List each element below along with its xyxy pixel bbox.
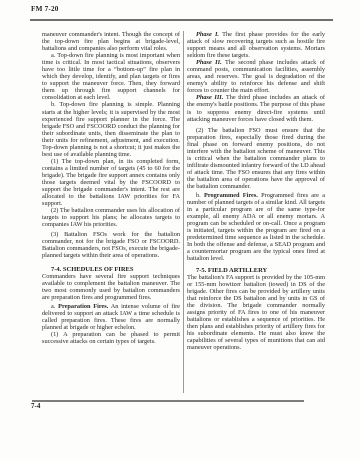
header-rule bbox=[30, 19, 333, 21]
document-page: FM 7-20 maneuver commander's intent. Tho… bbox=[0, 0, 360, 461]
run-in-heading-phase-3: Phase III. bbox=[196, 94, 223, 101]
paragraph-programmed-fires: b. Programmed Fires. Programmed fires ar… bbox=[187, 192, 325, 262]
paragraph-top-down-2: (2) The battalion commander uses his all… bbox=[42, 207, 180, 228]
footer-rule bbox=[32, 400, 304, 402]
section-heading-7-5: 7-5. FIELD ARTILLERY bbox=[187, 267, 325, 274]
paragraph-top-down-1: (1) The top-down plan, in its completed … bbox=[42, 158, 180, 207]
paragraph-preparation-fires: a. Preparation Fires. An intense volume … bbox=[42, 303, 180, 331]
paragraph-field-artillery: The battalion's FA support is provided b… bbox=[187, 274, 325, 352]
paragraph-phase-2: Phase II. The second phase includes atta… bbox=[187, 59, 325, 94]
right-column: Phase I. The first phase provides for th… bbox=[187, 31, 325, 351]
run-in-heading-programmed-fires: Programmed Fires. bbox=[204, 192, 258, 199]
paragraph-schedules-intro: Commanders have several fire support tec… bbox=[42, 273, 180, 301]
paragraph-preparation-2: (2) The battalion FSO must ensure that t… bbox=[187, 127, 325, 190]
paragraph-lead: b. bbox=[196, 192, 204, 199]
page-number: 7-4 bbox=[31, 402, 40, 410]
paragraph-top-down-b: b. Top-down fire planning is simple. Pla… bbox=[42, 101, 180, 157]
paragraph-top-down-3: (3) Battalion FSOs work for the battalio… bbox=[42, 231, 180, 259]
paragraph-phase-3: Phase III. The third phase includes an a… bbox=[187, 94, 325, 122]
column-divider bbox=[183, 31, 184, 393]
run-in-heading-phase-2: Phase II. bbox=[196, 59, 222, 66]
run-in-heading-phase-1: Phase I. bbox=[196, 31, 219, 38]
paragraph-continuation: maneuver commander's intent. Though the … bbox=[42, 31, 180, 52]
paragraph-top-down-a: a. Top-down fire planning is most import… bbox=[42, 52, 180, 101]
paragraph-preparation-1: (1) A preparation can be phased to permi… bbox=[42, 331, 180, 345]
section-heading-7-4: 7-4. SCHEDULES OF FIRES bbox=[42, 266, 180, 273]
paragraph-text: Programmed fires are a number of planned… bbox=[187, 192, 325, 262]
run-in-heading-preparation-fires: Preparation Fires. bbox=[58, 303, 108, 310]
paragraph-phase-1: Phase I. The first phase provides for th… bbox=[187, 31, 325, 59]
left-column: maneuver commander's intent. Though the … bbox=[42, 31, 180, 345]
document-code: FM 7-20 bbox=[31, 5, 59, 13]
